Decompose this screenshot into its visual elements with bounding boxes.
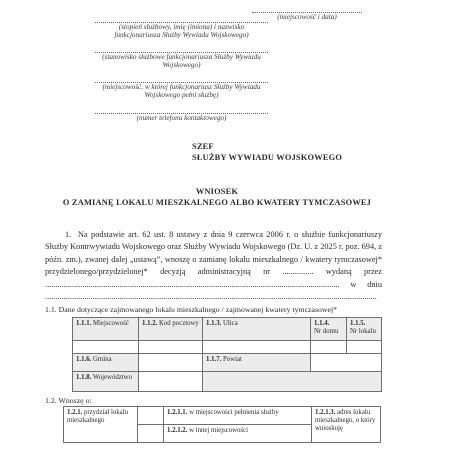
paragraph-text: Na podstawie art. 62 ust. 8 ustawy z dni…: [45, 230, 382, 301]
section-1-1-heading: 1.1. Dane dotyczące zajmowanego lokalu m…: [45, 305, 337, 314]
shaded-filler-cell: [203, 372, 382, 392]
label-powiat: 1.1.7. Powiat: [203, 354, 311, 372]
input-nr-domu[interactable]: [311, 341, 347, 354]
label-przydzial-lokalu: 1.2.1. przydział lokalu mieszkalnego: [64, 407, 138, 443]
phone-field: (numer telefonu kontaktowego): [95, 113, 268, 123]
input-powiat[interactable]: [311, 354, 382, 372]
phone-caption: (numer telefonu kontaktowego): [95, 115, 268, 123]
input-nr-lokalu[interactable]: [347, 341, 382, 354]
label-wojewodztwo: 1.1.8. Województwo: [73, 372, 139, 392]
place-date-caption: (miejscowość i data): [252, 14, 362, 22]
paragraph-number: 1.: [55, 229, 78, 241]
label-w-innej-miejscowosci: 1.2.1.2. w innej miejscowości: [164, 425, 312, 443]
addressee-line-1: SZEF: [192, 142, 342, 153]
document-page: (miejscowość i data) (stopień służbowy, …: [0, 0, 452, 452]
input-miejscowosc[interactable]: [73, 341, 139, 354]
document-title: WNIOSEK O ZAMIANĘ LOKALU MIESZKALNEGO AL…: [45, 186, 389, 208]
input-ulica[interactable]: [203, 341, 311, 354]
input-wojewodztwo[interactable]: [139, 372, 203, 392]
title-line-1: WNIOSEK: [45, 186, 389, 197]
addressee-line-2: SŁUŻBY WYWIADU WOJSKOWEGO: [192, 153, 342, 164]
title-line-2: O ZAMIANĘ LOKALU MIESZKALNEGO ALBO KWATE…: [45, 197, 389, 208]
section-1-2-heading: 1.2. Wnoszę o:: [45, 396, 92, 405]
label-gmina: 1.1.6. Gmina: [73, 354, 139, 372]
place-date-field: (miejscowość i data): [252, 12, 362, 22]
request-table: 1.2.1. przydział lokalu mieszkalnego 1.2…: [63, 406, 381, 443]
label-w-miejscowosci-sluzby: 1.2.1.1. w miejscowości pełnienia służby: [164, 407, 312, 425]
intro-paragraph: 1.Na podstawie art. 62 ust. 8 ustawy z d…: [45, 229, 382, 303]
input-gmina[interactable]: [139, 354, 203, 372]
header-miejscowosc: 1.1.1. Miejscowość: [73, 318, 139, 341]
addressee-block: SZEF SŁUŻBY WYWIADU WOJSKOWEGO: [192, 142, 342, 163]
checkbox-w-miejscowosci-sluzby[interactable]: [138, 407, 164, 425]
header-nr-lokalu: 1.1.5.Nr lokalu: [347, 318, 382, 341]
header-ulica: 1.1.3. Ulica: [203, 318, 311, 341]
occupied-premises-table: 1.1.1. Miejscowość 1.1.2. Kod pocztowy 1…: [72, 317, 382, 392]
applicant-fields: (stopień służbowy, imię (imiona) i nazwi…: [95, 22, 268, 135]
position-field: (stanowisko służbowe funkcjonariusza Słu…: [95, 52, 268, 69]
checkbox-w-innej-miejscowosci[interactable]: [138, 425, 164, 443]
duty-town-caption: (miejscowość, w której funkcjonariusz Sł…: [95, 84, 268, 99]
input-kod-pocztowy[interactable]: [139, 341, 203, 354]
label-adres-lokalu: 1.2.1.3. adres lokalu mieszkalnego, o kt…: [312, 407, 381, 443]
duty-town-field: (miejscowość, w której funkcjonariusz Sł…: [95, 82, 268, 99]
position-caption: (stanowisko służbowe funkcjonariusza Słu…: [95, 54, 268, 69]
header-kod-pocztowy: 1.1.2. Kod pocztowy: [139, 318, 203, 341]
rank-name-field: (stopień służbowy, imię (imiona) i nazwi…: [95, 22, 268, 39]
rank-name-caption: (stopień służbowy, imię (imiona) i nazwi…: [95, 24, 268, 39]
header-nr-domu: 1.1.4.Nr domu: [311, 318, 347, 341]
